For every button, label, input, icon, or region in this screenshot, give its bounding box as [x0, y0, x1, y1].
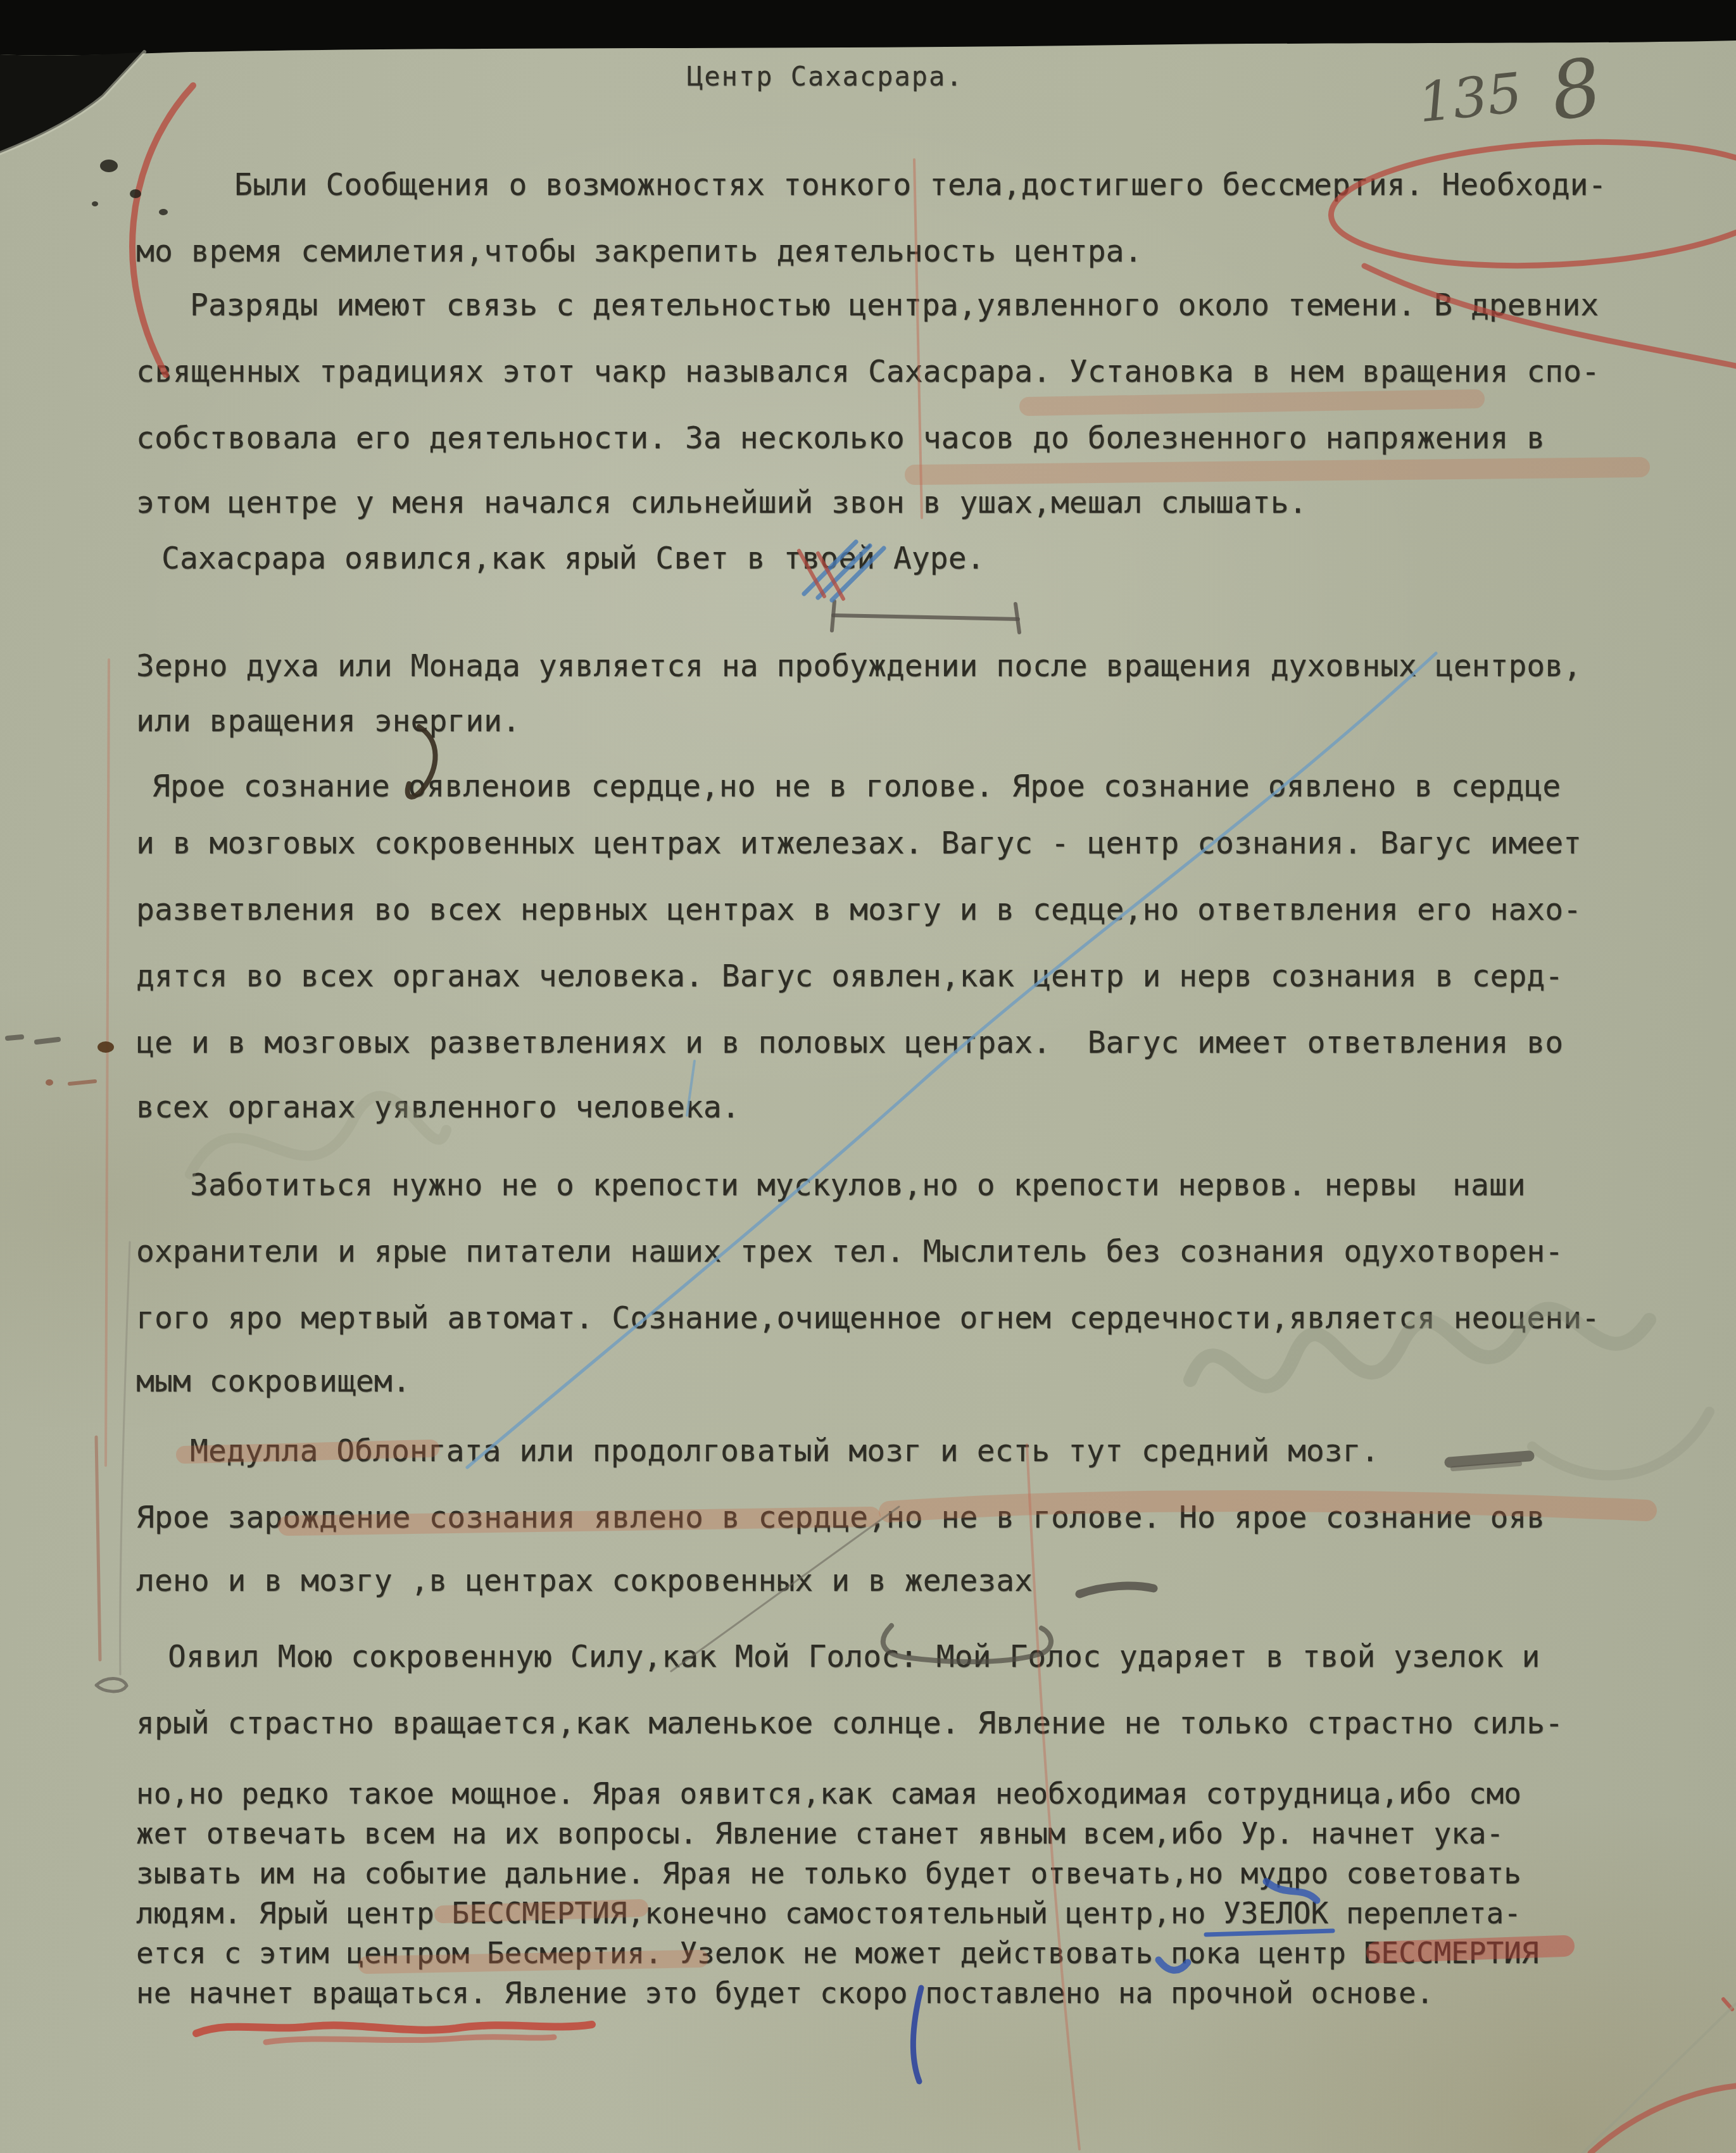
typed-line: зывать им на событие дальние. Ярая не то…	[136, 1859, 1521, 1888]
pencil-bracket-aure	[832, 601, 834, 631]
stain-dashes	[8, 1037, 58, 1042]
pencil-dash-mozg	[1453, 1464, 1519, 1469]
typed-line: Были Сообщения о возможностях тонкого те…	[234, 170, 1606, 200]
ink-speckle	[159, 209, 168, 215]
typed-line: и в мозговых сокровенных центрах итжелез…	[136, 828, 1582, 858]
red-thin-line	[914, 160, 922, 518]
red-wavy-underline	[196, 2024, 592, 2033]
typed-line: жет отвечать всем на их вопросы. Явление…	[136, 1819, 1504, 1848]
typed-line: Разряды имеют связь с деятельностью цент…	[190, 290, 1599, 320]
red-thin-line	[106, 660, 109, 1466]
torn-corner-edge	[0, 52, 144, 153]
typed-line: всех органах уявленного человека.	[136, 1092, 740, 1122]
page-title: Центр Сахасрара.	[687, 63, 964, 90]
pencil-thin-line	[120, 1242, 130, 1674]
blue-underline-uzelok	[1206, 1931, 1333, 1935]
red-thin-line	[96, 1437, 100, 1660]
typed-line: Медулла Облонгата или продолговатый мозг…	[190, 1436, 1379, 1466]
pencil-dash-zhelezah	[1079, 1586, 1154, 1594]
pencil-bracket-aure	[1016, 604, 1019, 632]
typed-line: собствовала его деятельности. За несколь…	[136, 423, 1545, 453]
stain-dot	[46, 1079, 53, 1086]
typed-line: священных традициях этот чакр назывался …	[136, 356, 1600, 387]
pencil-squiggle-margin	[96, 1679, 127, 1692]
typed-line: Ярое сознание оявленоив сердце,но не в г…	[152, 771, 1561, 801]
typed-line: не начнет вращаться. Явление это будет с…	[136, 1978, 1433, 2007]
typed-line: мо время семилетия,чтобы закрепить деяте…	[136, 236, 1142, 267]
stain-blob	[97, 1041, 114, 1053]
ink-speckle	[100, 160, 118, 172]
typed-line: этом центре у меня начался сильнейший зв…	[136, 487, 1307, 518]
typed-line: лено и в мозгу ,в центрах сокровенных и …	[136, 1566, 1033, 1596]
typed-line: це и в мозговых разветвлениях и в половы…	[136, 1027, 1563, 1058]
red-margin-arc	[132, 85, 193, 375]
page-number-handwritten: 1358	[1418, 44, 1601, 135]
typed-line: Заботиться нужно не о крепости мускулов,…	[190, 1170, 1526, 1200]
typed-line: мым сокровищем.	[136, 1366, 410, 1397]
pink-highlight	[1029, 399, 1475, 406]
red-wavy-underline	[266, 2037, 554, 2042]
typed-line: Оявил Мою сокровенную Силу,как Мой Голос…	[168, 1641, 1540, 1672]
crease-line	[1583, 2004, 1736, 2153]
typed-line: дятся во всех органах человека. Вагус оя…	[136, 961, 1563, 991]
typed-line: или вращения энергии.	[136, 706, 520, 736]
red-tick	[1723, 1999, 1732, 2009]
pencil-dash-mozg	[1450, 1456, 1529, 1462]
page-number-135: 135	[1415, 61, 1525, 135]
ink-speckle	[130, 189, 141, 198]
typed-line: Ярое зарождение сознания явлено в сердце…	[136, 1502, 1545, 1533]
typed-line: разветвления во всех нервных центрах в м…	[136, 894, 1582, 925]
red-corner-arc	[1590, 2086, 1736, 2153]
pencil-bracket-aure	[833, 615, 1018, 619]
torn-corner	[0, 52, 144, 153]
ink-speckle	[92, 201, 98, 206]
typed-line: охранители и ярые питатели наших трех те…	[136, 1236, 1563, 1267]
typed-line: ярый страстно вращается,как маленькое со…	[136, 1708, 1563, 1738]
scanned-page: Центр Сахасрара. 1358 Были Сообщения о в…	[0, 0, 1736, 2153]
typed-line: но,но редко такое мощное. Ярая оявится,к…	[136, 1779, 1521, 1808]
typed-line: ется с этим центром Бесмертия. Узелок не…	[136, 1938, 1539, 1968]
typed-line: гого яро мертвый автомат. Сознание,очище…	[136, 1303, 1600, 1333]
bleedthrough-script	[1532, 1412, 1709, 1475]
pink-highlight	[915, 467, 1640, 475]
typed-line: Сахасрара оявился,как ярый Свет в твоей …	[161, 543, 984, 574]
stain-dash	[70, 1081, 95, 1084]
red-ellipse-neobhodi	[1328, 131, 1736, 276]
page-number-8: 8	[1544, 41, 1607, 139]
typed-line: Зерно духа или Монада уявляется на пробу…	[136, 651, 1582, 681]
typed-line: людям. Ярый центр БЕССМЕРТИЯ,конечно сам…	[136, 1899, 1521, 1928]
